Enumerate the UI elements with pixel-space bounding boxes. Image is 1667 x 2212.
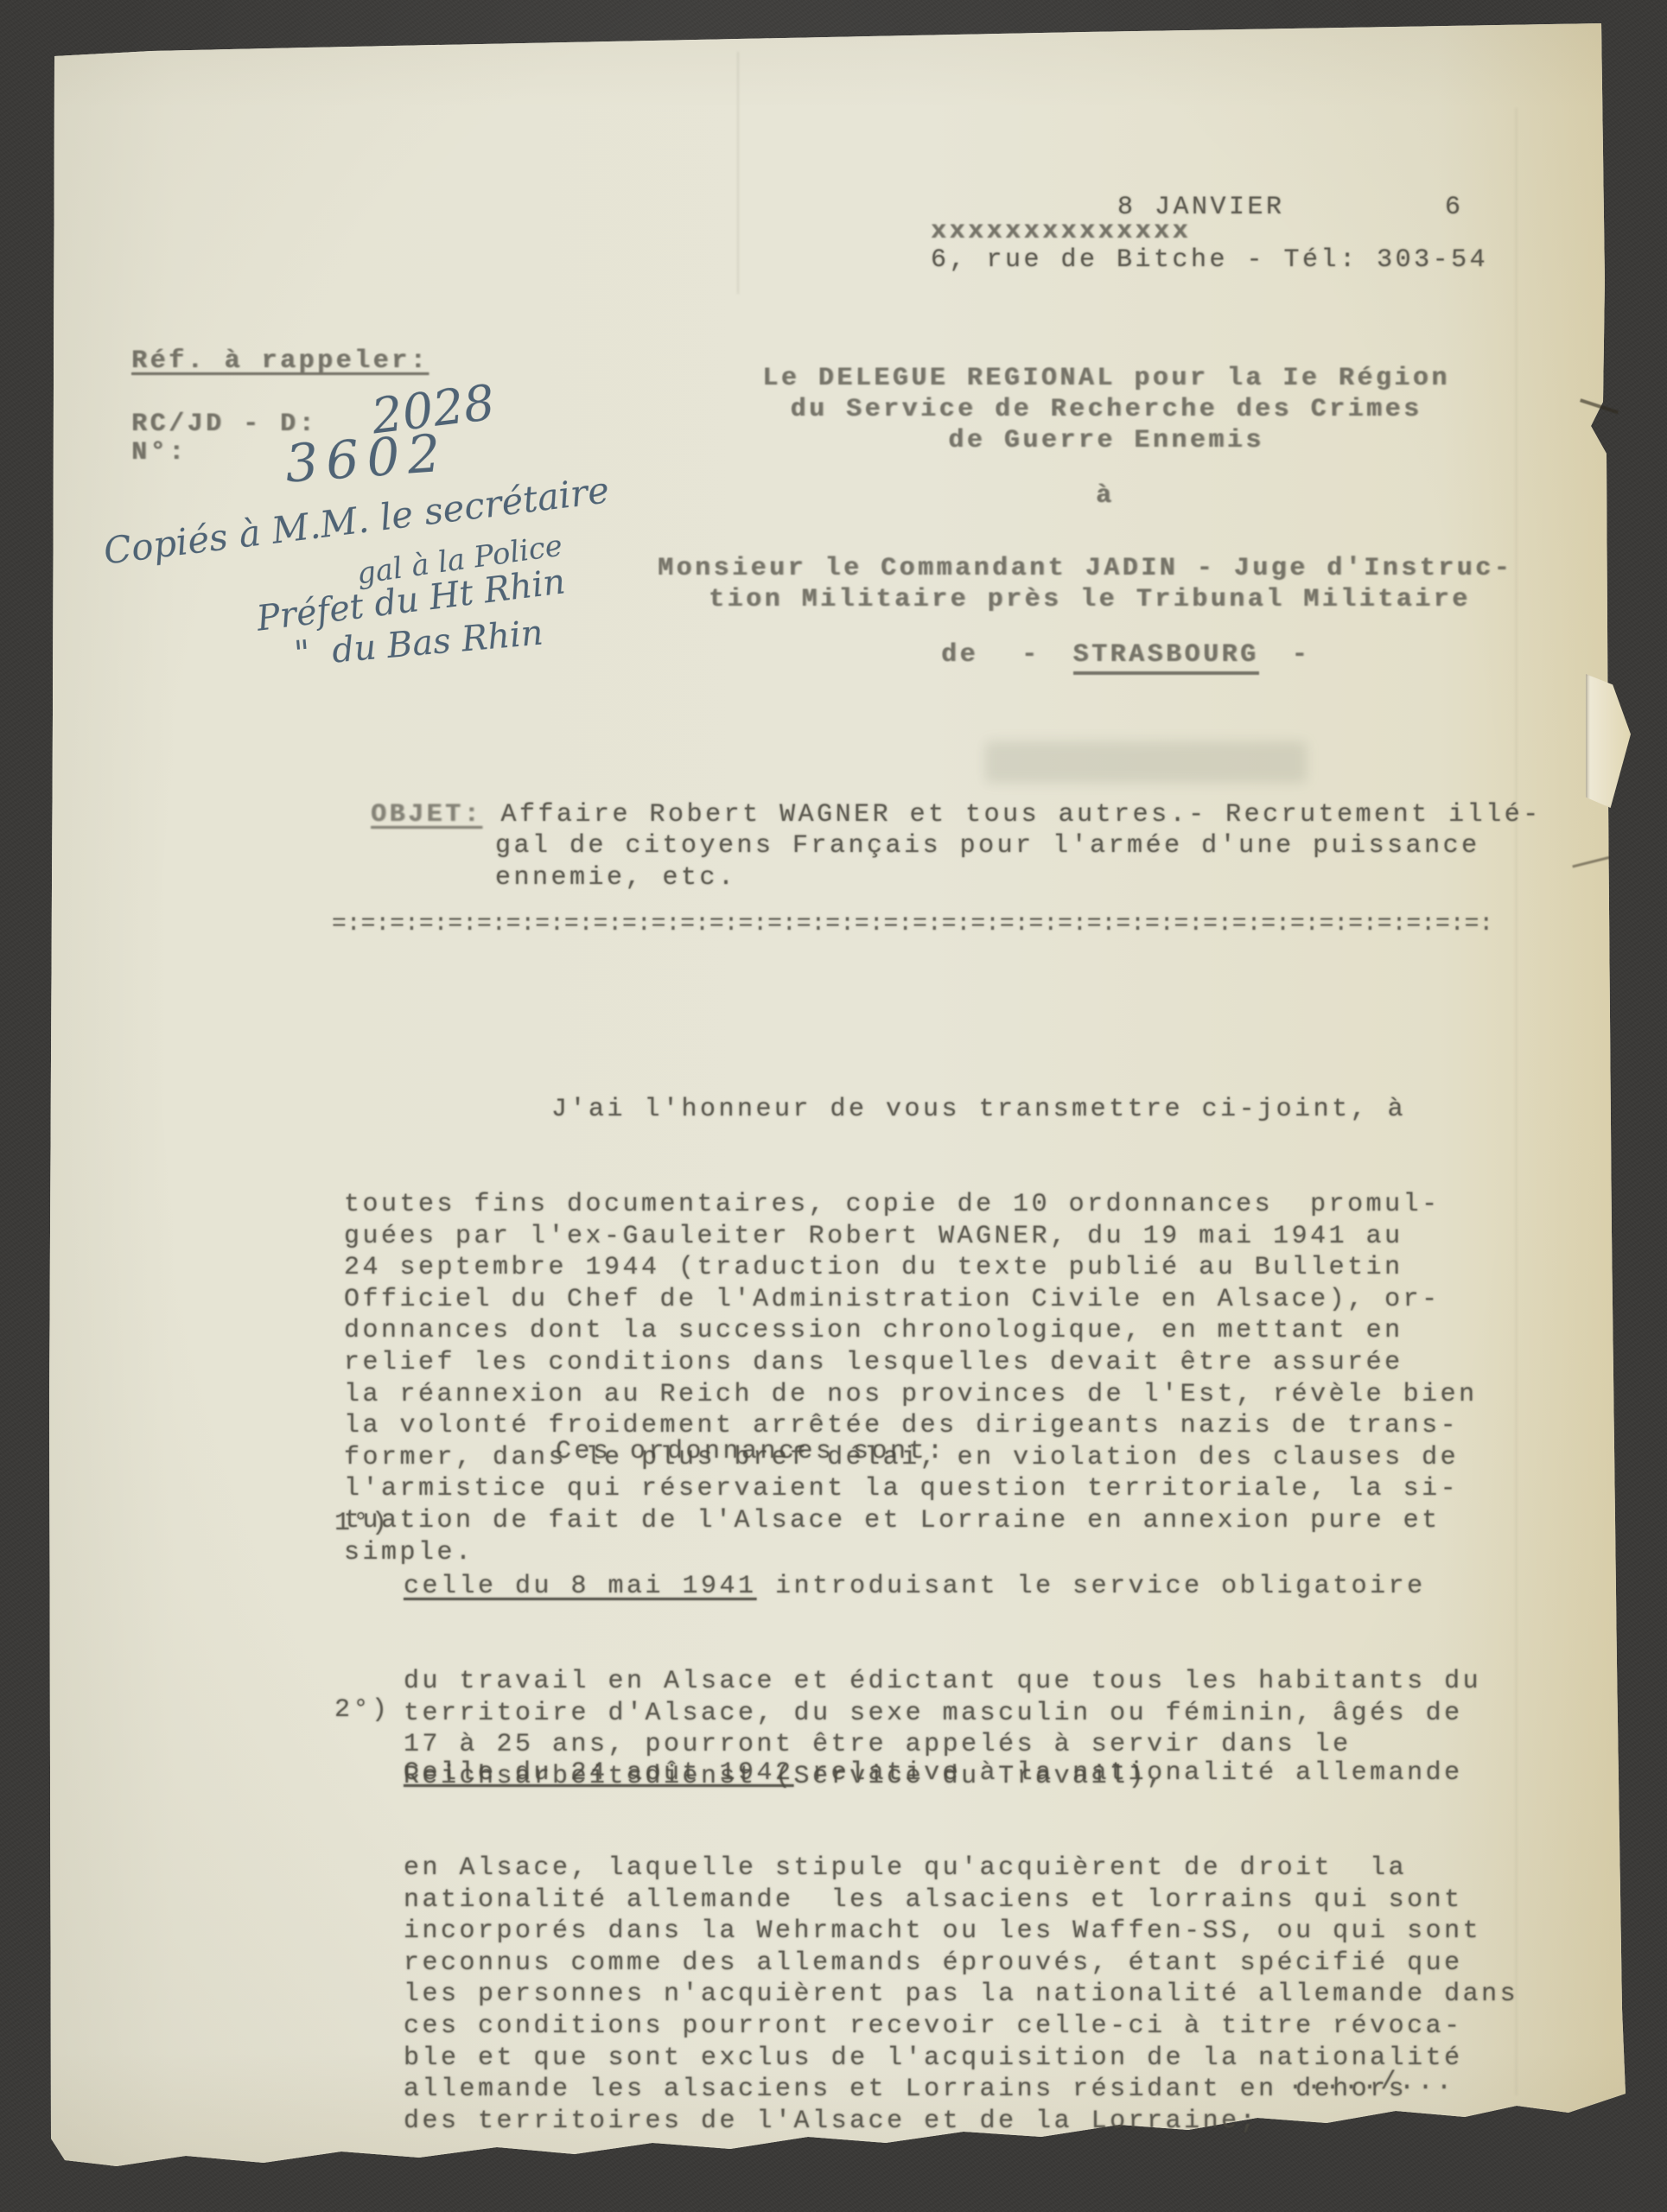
item-underlined-date: Celle du 24 août 1942 bbox=[404, 1758, 794, 1788]
dash: - bbox=[1021, 640, 1040, 670]
text-line: Officiel du Chef de l'Administration Civ… bbox=[344, 1284, 1478, 1316]
text-line: incorporés dans la Wehrmacht ou les Waff… bbox=[404, 1916, 1518, 1948]
text-line: toutes fins documentaires, copie de 10 o… bbox=[344, 1189, 1478, 1221]
text-line: ces conditions pourront recevoir celle-c… bbox=[404, 2011, 1518, 2043]
paper-tear bbox=[1586, 674, 1631, 808]
sender-line: Le DELEGUE REGIONAL pour la Ie Région bbox=[717, 363, 1495, 395]
subject-line: OBJET: Affaire Robert WAGNER et tous aut… bbox=[371, 799, 1542, 831]
text-line: des territoires de l'Alsace et de la Lor… bbox=[404, 2106, 1518, 2138]
recipient-city-line: de-STRASBOURG- bbox=[941, 639, 1310, 671]
scanned-document-page: 8 JANVIER 6 xxxxxxxxxxxxxx 6, rue de Bit… bbox=[0, 0, 1667, 2212]
text-line: 1°)celle du 8 mai 1941 introduisant le s… bbox=[404, 1571, 1481, 1603]
reference-label: Réf. à rappeler: bbox=[131, 346, 429, 378]
item-underlined-date: celle du 8 mai 1941 bbox=[404, 1572, 757, 1601]
subject-text: Affaire Robert WAGNER et tous autres.- R… bbox=[482, 800, 1542, 829]
text-line: gal de citoyens Français pour l'armée d'… bbox=[495, 830, 1480, 862]
text-line: donnances dont la succession chronologiq… bbox=[344, 1315, 1478, 1347]
subject-continued: gal de citoyens Français pour l'armée d'… bbox=[495, 830, 1480, 893]
text-line: guées par l'ex-Gauleiter Robert WAGNER, … bbox=[344, 1221, 1478, 1253]
text-line: J'ai l'honneur de vous transmettre ci-jo… bbox=[344, 1094, 1478, 1126]
page-number: 6 bbox=[1445, 192, 1464, 224]
item-text: introduisant le service obligatoire bbox=[757, 1572, 1426, 1601]
de-word: de bbox=[941, 640, 978, 670]
subject-label: OBJET: bbox=[371, 800, 482, 829]
dash: - bbox=[1292, 640, 1311, 670]
ordinances-intro: Ces ordonnances sont: bbox=[556, 1436, 946, 1468]
text-line: 24 septembre 1944 (traduction du texte p… bbox=[344, 1252, 1478, 1284]
text-line: les personnes n'acquièrent pas la nation… bbox=[404, 1979, 1518, 2011]
text-line: ennemie, etc. bbox=[495, 862, 1480, 894]
paper-crease bbox=[737, 52, 739, 294]
text-line: 2°)Celle du 24 août 1942 relative à la n… bbox=[404, 1758, 1518, 1789]
text-line: reconnus comme des allemands éprouvés, é… bbox=[404, 1948, 1518, 1980]
recipient-line: tion Militaire près le Tribunal Militair… bbox=[709, 584, 1471, 616]
continuation-mark: ...../... bbox=[1288, 2067, 1455, 2099]
sender-line: de Guerre Ennemis bbox=[717, 425, 1495, 457]
strikeout-line: xxxxxxxxxxxxxx bbox=[931, 216, 1191, 248]
recipient-line: Monsieur le Commandant JADIN - Juge d'In… bbox=[658, 553, 1512, 585]
text-line: en Alsace, laquelle stipule qu'acquièren… bbox=[404, 1853, 1518, 1885]
ghost-offset-stamp bbox=[985, 741, 1307, 783]
text-line: du travail en Alsace et édictant que tou… bbox=[404, 1666, 1481, 1698]
city-name: STRASBOURG bbox=[1073, 640, 1259, 675]
reference-number-handwritten: 3602 bbox=[283, 423, 450, 495]
item-text: relative à la nationalité allemande bbox=[794, 1758, 1463, 1788]
dashed-separator: =:=:=:=:=:=:=:=:=:=:=:=:=:=:=:=:=:=:=:=:… bbox=[332, 909, 1493, 941]
text-line: nationalité allemande les alsaciens et l… bbox=[404, 1885, 1518, 1916]
letter-to-word: à bbox=[1096, 480, 1115, 512]
text-line: l'armistice qui réservaient la question … bbox=[344, 1473, 1478, 1505]
item-marker: 1°) bbox=[334, 1508, 391, 1540]
reference-number-label: N°: bbox=[131, 437, 188, 469]
item-marker: 2°) bbox=[334, 1694, 391, 1726]
sender-line: du Service de Recherche des Crimes bbox=[717, 394, 1495, 426]
address-line: 6, rue de Bitche - Tél: 303-54 bbox=[931, 245, 1488, 276]
ordinance-item: 2°)Celle du 24 août 1942 relative à la n… bbox=[404, 1694, 1518, 2201]
text-line: la réannexion au Reich de nos provinces … bbox=[344, 1379, 1478, 1411]
text-line: relief les conditions dans lesquelles de… bbox=[344, 1347, 1478, 1379]
